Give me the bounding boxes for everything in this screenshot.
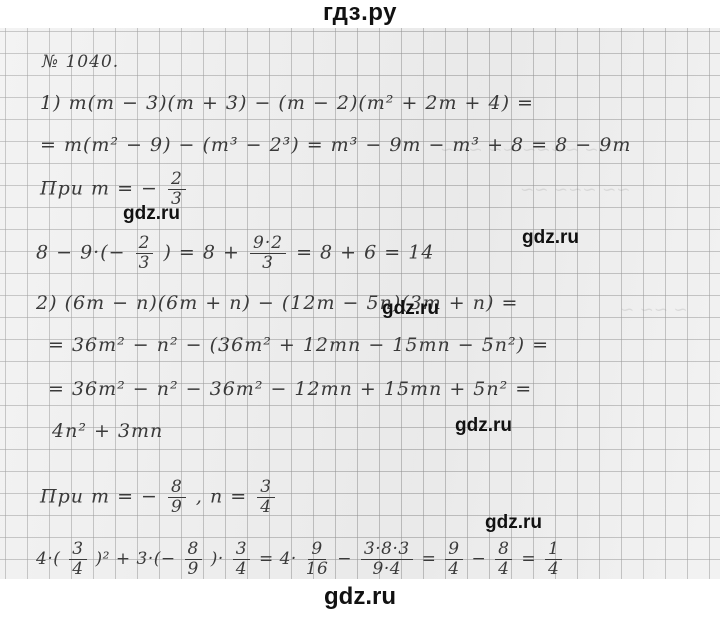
math-text: 16 — [306, 560, 329, 579]
watermark: gdz.ru — [455, 415, 512, 437]
watermark: gdz.ru — [485, 512, 542, 534]
bleed-through-text: ~ ~~ ~ — [620, 300, 688, 320]
math-text: 4 — [548, 560, 559, 579]
math-text: )· — [211, 549, 224, 569]
math-text: 3 — [69, 540, 86, 560]
math-text: 2 — [168, 170, 186, 190]
math-text: 8 — [185, 540, 202, 560]
math-text: При m = − — [40, 178, 158, 200]
part1-expression: m(m − 3)(m + 3) − (m − 2)(m² + 2m + 4) = — [69, 92, 534, 114]
math-text: 8 — [168, 478, 186, 498]
part2-condition: При m = − 8 9 , n = 3 4 — [40, 478, 278, 517]
part1-line2: = m(m² − 9) − (m³ − 2³) = m³ − 9m − m³ +… — [40, 134, 631, 156]
math-text: При m = − — [40, 486, 158, 508]
fraction: 9·2 3 — [250, 234, 286, 273]
fraction: 3 4 — [257, 478, 275, 517]
task-number: № 1040. — [42, 52, 119, 72]
site-title: гдз.ру — [323, 0, 397, 26]
math-text: 9 — [308, 540, 325, 560]
math-text: 3 — [262, 254, 274, 273]
math-text: 2 — [136, 234, 154, 254]
math-text: 9·4 — [373, 560, 402, 579]
math-text: 4 — [72, 560, 83, 579]
fraction: 2 3 — [136, 234, 154, 273]
math-text: 9 — [445, 540, 462, 560]
bleed-through-text: ~~ ~~~ ~~ — [520, 180, 631, 200]
math-text: 9·2 — [250, 234, 286, 254]
math-text: 9 — [188, 560, 199, 579]
fraction: 916 — [306, 540, 329, 579]
fraction: 84 — [495, 540, 512, 579]
site-header: гдз.ру — [0, 0, 720, 28]
math-text: ) = 8 + — [163, 242, 239, 264]
fraction: 8 9 — [168, 478, 186, 517]
fraction: 94 — [445, 540, 462, 579]
math-text: 8 — [495, 540, 512, 560]
math-text: = 4· — [259, 549, 297, 569]
part2-calculation: 4·( 34 )² + 3·(− 89 )· 34 = 4· 916 − 3·8… — [36, 540, 565, 579]
math-text: , n = — [196, 486, 247, 508]
math-text: 9 — [171, 498, 183, 517]
math-text: 3 — [139, 254, 151, 273]
part2-result: 4n² + 3mn — [52, 420, 163, 442]
part2-label: 2) — [36, 292, 58, 314]
math-text: 4·( — [36, 549, 60, 569]
site-footer: gdz.ru — [0, 579, 720, 618]
fraction: 3·8·39·4 — [361, 540, 413, 579]
watermark: gdz.ru — [382, 298, 439, 320]
part2-line1: 2) (6m − n)(6m + n) − (12m − 5n)(3m + n)… — [36, 292, 518, 314]
part2-line3: = 36m² − n² − 36m² − 12mn + 15mn + 5n² = — [48, 378, 532, 400]
part1-label: 1) — [40, 92, 62, 114]
math-text: − — [471, 549, 486, 569]
math-text: 3 — [233, 540, 250, 560]
math-text: = — [422, 549, 437, 569]
math-text: 3 — [257, 478, 275, 498]
part1-calculation: 8 − 9·(− 2 3 ) = 8 + 9·2 3 = 8 + 6 = 14 — [36, 234, 434, 273]
math-text: 3·8·3 — [361, 540, 413, 560]
math-text: 4 — [260, 498, 272, 517]
math-text: 8 − 9·(− — [36, 242, 126, 264]
fraction: 14 — [545, 540, 562, 579]
part2-line2: = 36m² − n² − (36m² + 12mn − 15mn − 5n²)… — [48, 334, 549, 356]
math-text: 4 — [448, 560, 459, 579]
watermark: gdz.ru — [522, 227, 579, 249]
math-text: − — [337, 549, 352, 569]
fraction: 34 — [233, 540, 250, 579]
math-text: 4 — [498, 560, 509, 579]
math-text: = 8 + 6 = 14 — [296, 242, 434, 264]
math-text: (6m − n)(6m + n) − (12m − 5n)(3m + n) = — [65, 292, 519, 314]
part1-line1: 1) m(m − 3)(m + 3) − (m − 2)(m² + 2m + 4… — [40, 92, 534, 114]
math-text: )² + 3·(− — [96, 549, 176, 569]
watermark: gdz.ru — [123, 203, 180, 225]
fraction: 34 — [69, 540, 86, 579]
math-text: = — [521, 549, 536, 569]
footer-link[interactable]: gdz.ru — [324, 583, 396, 610]
math-text: 4 — [236, 560, 247, 579]
fraction: 89 — [185, 540, 202, 579]
math-text: 1 — [545, 540, 562, 560]
